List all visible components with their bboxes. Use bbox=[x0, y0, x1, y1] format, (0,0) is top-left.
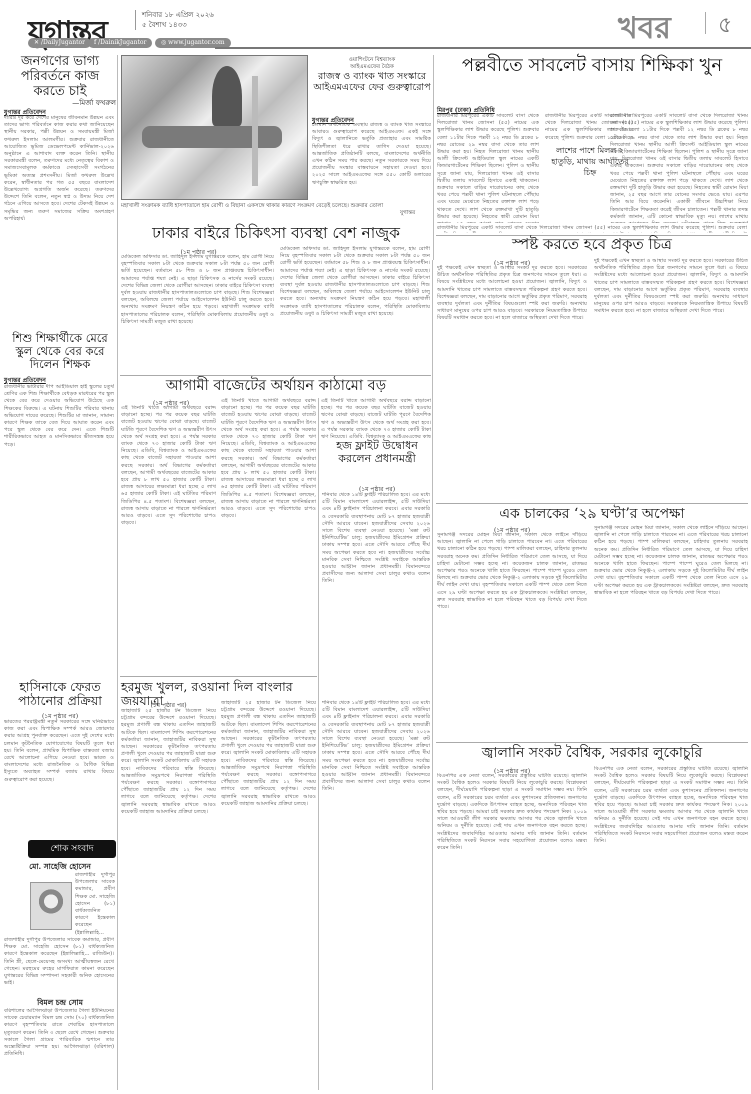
headline-hajj[interactable]: হজ ফ্লাইট উদ্বোধন করলেন প্রধানমন্ত্রী bbox=[322, 440, 432, 465]
column-rule bbox=[433, 55, 434, 260]
divider bbox=[120, 676, 317, 677]
attribution: —মির্জা ফখরুল bbox=[40, 97, 116, 109]
x-icon: ✕ bbox=[34, 39, 41, 46]
social-link-facebook[interactable]: f /DainikJugantor bbox=[88, 38, 152, 48]
headline-clear[interactable]: স্পষ্ট করতে হবে প্রকৃত চিত্র bbox=[436, 236, 748, 253]
article-body: মেডিকেল অফিসার ডা. জাহিদুল ইসলাম যুগান্ত… bbox=[280, 246, 430, 372]
article-body: বিএনপির এক নেতা বলেন, সরকারের প্রস্তুতির… bbox=[594, 766, 748, 1090]
headline-budget[interactable]: আগামী বাজেটের অর্থায়ন কাঠামো বড় bbox=[121, 378, 431, 395]
article-body: রাজধানীর মিরপুরের একটি সাবলেট বাসা থেকে … bbox=[610, 113, 748, 223]
headline-hasina[interactable]: হাসিনাকে ফেরত পাঠানোর প্রক্রিয়া bbox=[4, 680, 116, 709]
headline-child[interactable]: শিশু শিক্ষার্থীকে মেরে স্কুল থেকে বের কর… bbox=[4, 332, 116, 372]
divider bbox=[120, 375, 431, 376]
article-body: শনিবার থেকে ১৪টি ফ্লাইট পরিচালিত হবে। এর… bbox=[322, 700, 430, 1090]
photo-credit: যুগান্তর bbox=[400, 210, 415, 217]
page-number: ৫ bbox=[718, 8, 732, 45]
article-body: সুনামগঞ্জ সদরের মোহন মিয়া জানান, সকাল থ… bbox=[594, 525, 748, 740]
headline-fuel[interactable]: জ্বালানি সংকট বৈশ্বিক, সরকার লুকোচুরি bbox=[436, 745, 748, 761]
article-body: মেডিকেল অফিসার ডা. জাহিদুল ইসলাম যুগান্ত… bbox=[121, 254, 274, 372]
date-bengali: ৫ বৈশাখ ১৪৩৩ bbox=[142, 20, 214, 30]
article-body: রাজধানীর ভাটারার দীপ আইডিয়াল হাই স্কুলে… bbox=[4, 384, 114, 676]
section-title: খবর bbox=[618, 4, 671, 55]
article-body: রাজধানীর মিরপুরের একটি সাবলেট বাসা থেকে … bbox=[437, 225, 747, 233]
headline-29-hours[interactable]: এক চালকের ‘২৯ ঘণ্টা’র অপেক্ষা bbox=[436, 506, 748, 522]
article-body: চলমান অর্থনৈতিক অবস্থায় রাজস্ব ও ব্যাংক… bbox=[312, 122, 431, 202]
photo-caption: মহাখালী সংক্রামক ব্যাধি হাসপাতালে হাম রো… bbox=[121, 203, 431, 210]
article-body: এই তিনটি খাতে আগামী অর্থবছরে বরাদ্দ বাড়… bbox=[121, 405, 216, 673]
date-gregorian: শনিবার ১৮ এপ্রিল ২০২৬ bbox=[142, 10, 214, 20]
article-body: দুই পক্ষকেই এখন স্বচ্ছতা ও আস্থার সংকট দ… bbox=[437, 265, 587, 500]
divider bbox=[436, 742, 748, 743]
headline-mirza[interactable]: জনগণের ভাগ্য পরিবর্তনে কাজ করতে চাই bbox=[4, 55, 116, 100]
section-separator bbox=[705, 12, 706, 34]
article-body: দারিদ্র দূর করে দেশের মানুষের জীবনমান উন… bbox=[4, 115, 114, 329]
headline-imf[interactable]: রাজস্ব ও ব্যাংক খাত সংস্কারে আইএমএফের ফে… bbox=[312, 72, 432, 94]
article-body: এই তিনটি খাতে আগামী অর্থবছরে বরাদ্দ বাড়… bbox=[321, 398, 431, 438]
date-block: শনিবার ১৮ এপ্রিল ২০২৬ ৫ বৈশাখ ১৪৩৩ bbox=[135, 10, 214, 30]
news-photo bbox=[121, 55, 308, 200]
obituary-body: বরিশালের আগৈলঝাড়া উপজেলার গৈলা ইউনিয়নে… bbox=[4, 1008, 114, 1068]
article-body: এই তিনটি খাতে আগামী অর্থবছরে বরাদ্দ বাড়… bbox=[221, 398, 316, 673]
obituary-body: রাজশাহীর দুর্গাপুর উপজেলার সাবেক কমান্ডা… bbox=[4, 937, 114, 995]
article-body: দুই পক্ষকেই এখন স্বচ্ছতা ও আস্থার সংকট দ… bbox=[594, 258, 748, 500]
article-body: ভারতের পররাষ্ট্রমন্ত্রী নতুন সরকারের সঙ্… bbox=[4, 719, 114, 827]
obituary-box-title: শোক সংবাদ bbox=[28, 840, 116, 858]
headline-treatment[interactable]: ঢাকার বাইরে চিকিৎসা ব্যবস্থা বেশ নাজুক bbox=[121, 225, 431, 243]
column-rule bbox=[318, 398, 319, 1090]
headline-pallabi[interactable]: পল্লবীতে সাবলেট বাসায় শিক্ষিকা খুন bbox=[438, 56, 746, 77]
article-body: জাহাজটি ২৫ হাজার টন ডিজেল নিয়ে চট্টগ্রা… bbox=[221, 700, 316, 1088]
article-body: বিএনপির এক নেতা বলেন, সরকারের প্রস্তুতির… bbox=[437, 773, 587, 1090]
article-body: জাহাজটি ২৫ হাজার টন ডিজেল নিয়ে চট্টগ্রা… bbox=[121, 708, 216, 1088]
obituary-photo bbox=[30, 882, 72, 930]
newspaper-logo: যুগান্তর bbox=[28, 8, 107, 59]
article-body: সুনামগঞ্জ সদরের মোহন মিয়া জানান, সকাল থ… bbox=[437, 532, 587, 740]
social-link-x[interactable]: ✕ /DailyJugantor bbox=[28, 38, 91, 48]
column-rule bbox=[432, 260, 433, 1090]
divider bbox=[436, 503, 748, 504]
article-body: রাজধানীর মিরপুরের একটি সাবলেট বাসা থেকে … bbox=[437, 113, 539, 223]
obituary-body: রাজশাহীর দুর্গাপুর উপজেলার সাবেক কমান্ডা… bbox=[75, 872, 115, 936]
column-rule bbox=[117, 55, 118, 1090]
